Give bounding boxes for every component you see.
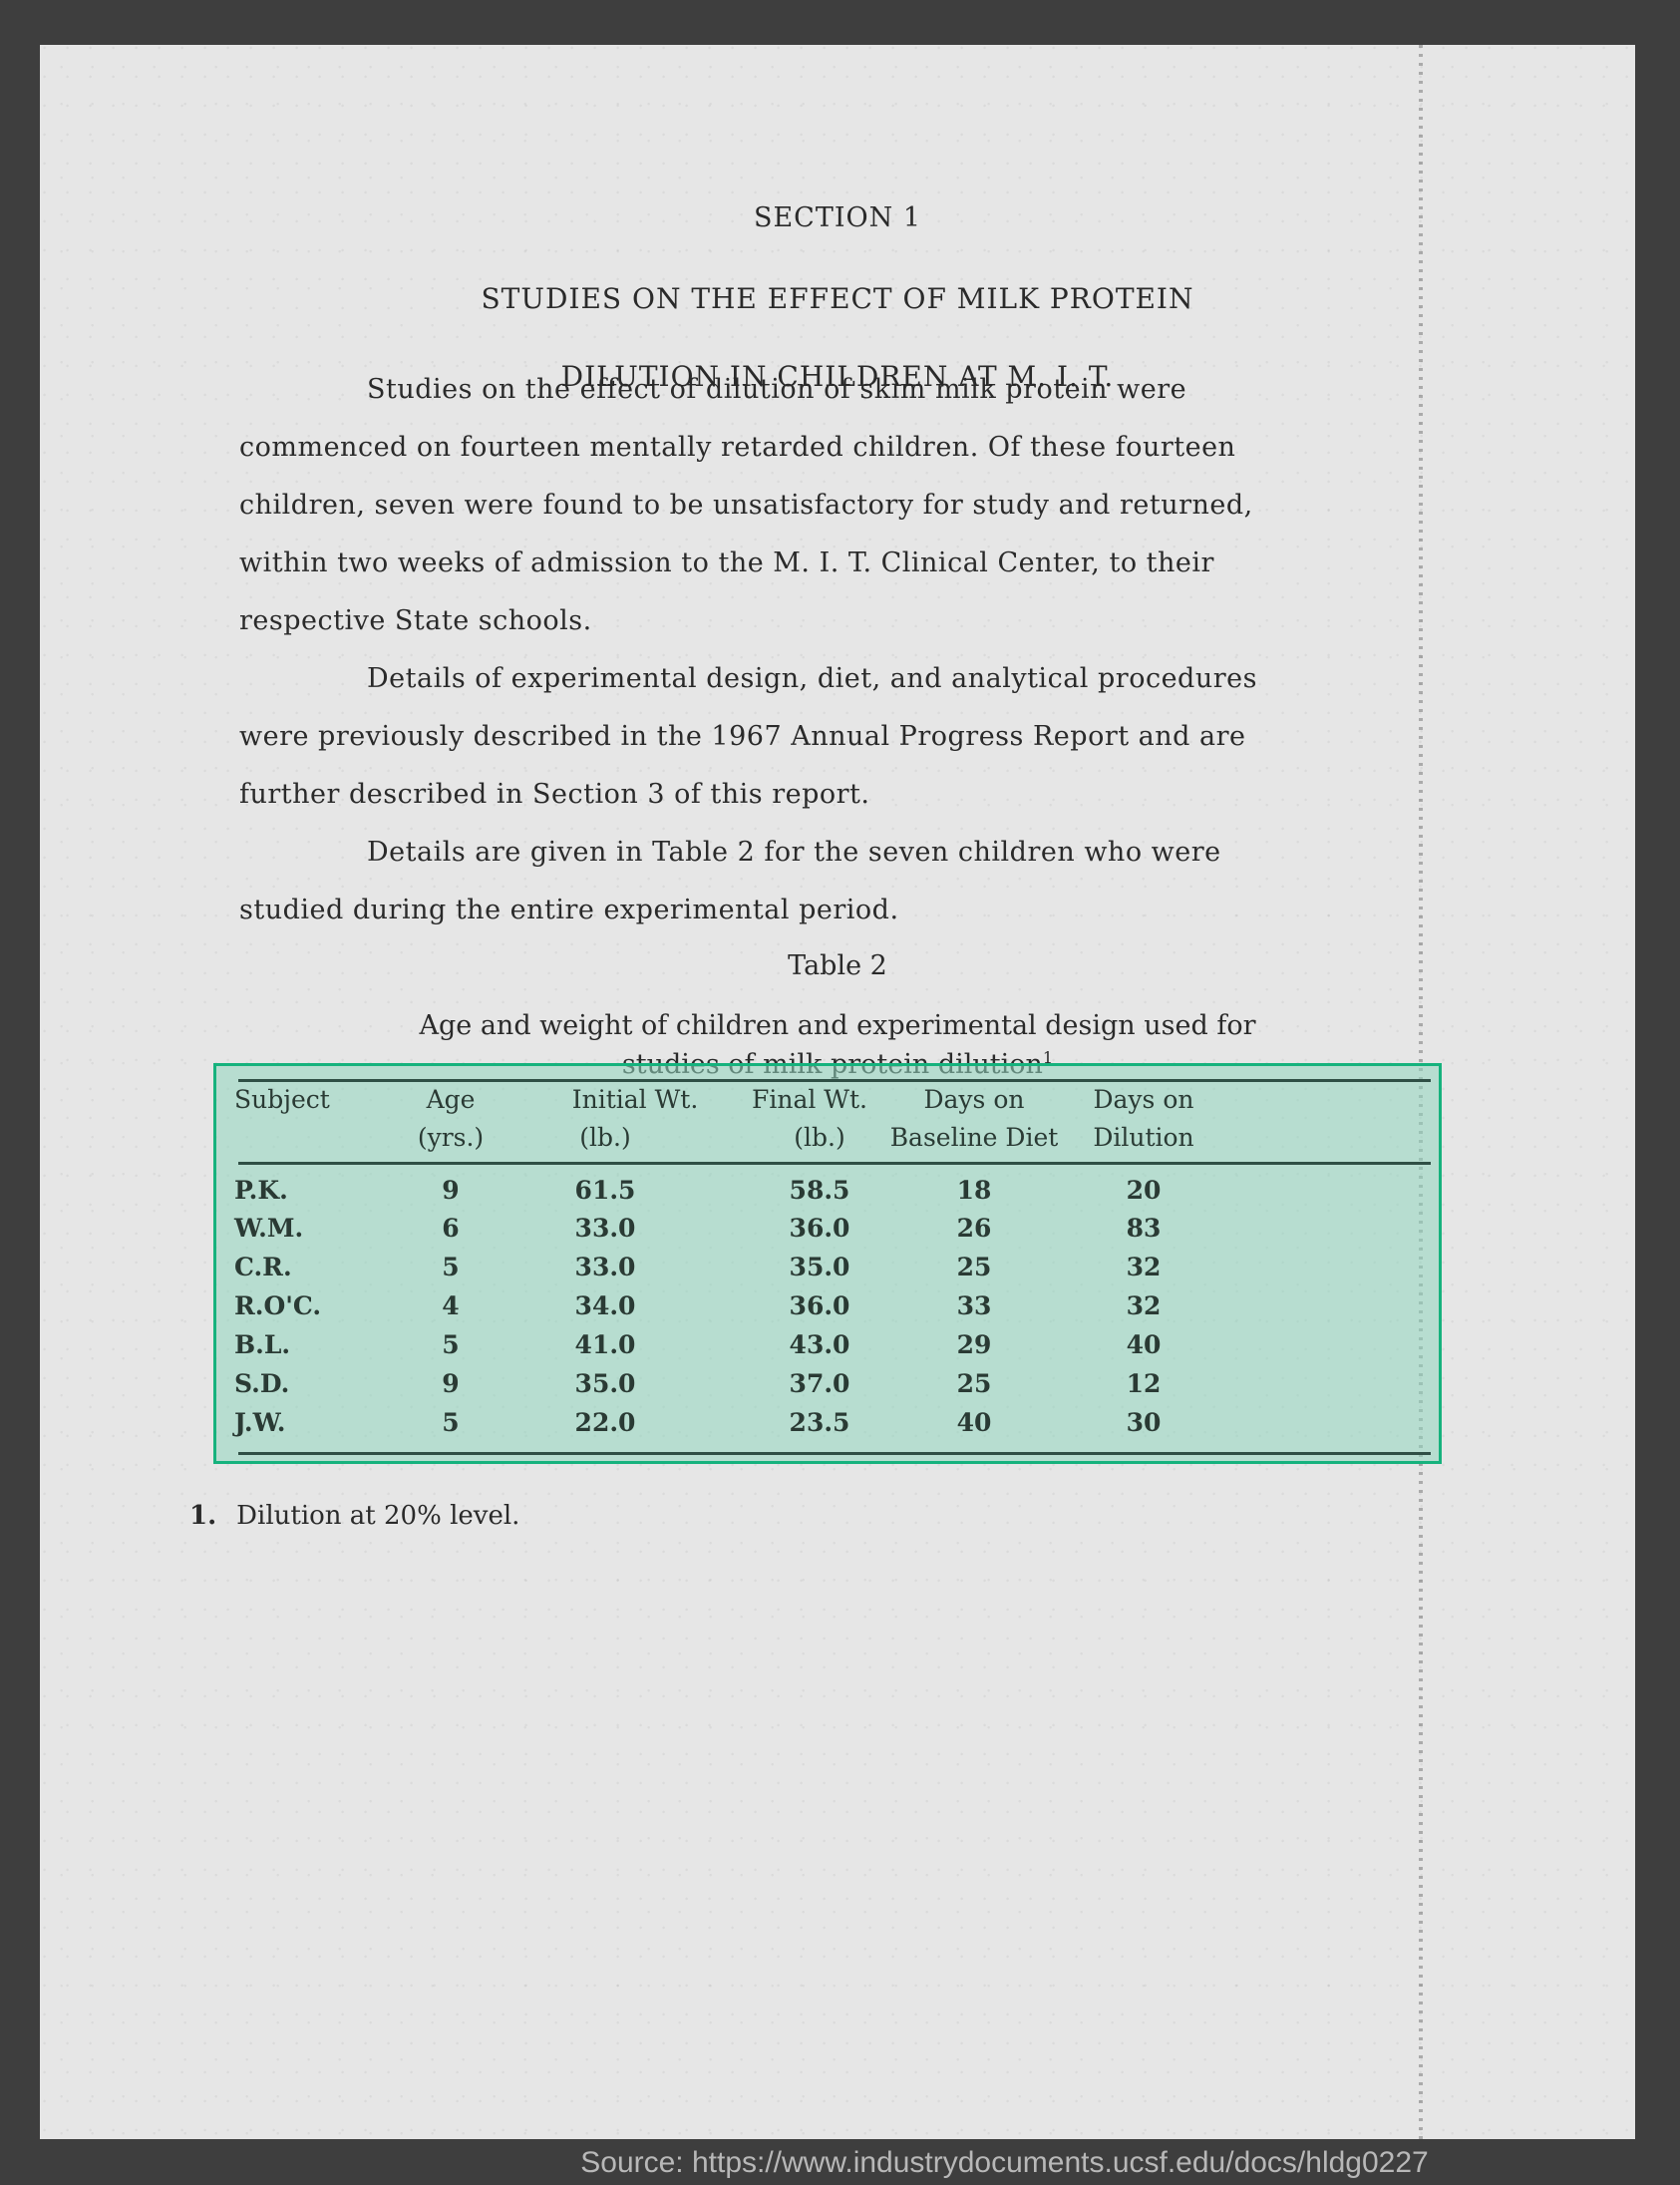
cell-subject: S.D. [234, 1369, 354, 1398]
cell-days-baseline: 40 [914, 1408, 1034, 1437]
cell-subject: B.L. [234, 1330, 354, 1359]
cell-age: 6 [391, 1214, 510, 1243]
table-bottom-rule [238, 1452, 1431, 1455]
cell-days-dilution: 40 [1084, 1330, 1203, 1359]
table-highlight-box: Subject Age (yrs.) Initial Wt. (lb.) Fin… [213, 1063, 1442, 1464]
cell-subject: R.O'C. [234, 1291, 354, 1320]
title-line-1: STUDIES ON THE EFFECT OF MILK PROTEIN [40, 282, 1635, 315]
document-page: SECTION 1 STUDIES ON THE EFFECT OF MILK … [40, 45, 1635, 2139]
cell-days-dilution: 32 [1084, 1253, 1203, 1281]
table-header-rule [238, 1162, 1431, 1165]
cell-initial-wt: 61.5 [545, 1176, 665, 1205]
footnote-text: Dilution at 20% level. [236, 1501, 519, 1531]
header-initial-wt: Initial Wt. [535, 1080, 735, 1120]
cell-age: 5 [391, 1253, 510, 1281]
paragraph-1-line: Studies on the effect of dilution of ski… [367, 374, 1186, 405]
footnote-number: 1. [189, 1501, 216, 1531]
cell-initial-wt: 22.0 [545, 1408, 665, 1437]
header-subject: Subject [234, 1080, 354, 1120]
cell-days-dilution: 32 [1084, 1291, 1203, 1320]
cell-initial-wt: 33.0 [545, 1253, 665, 1281]
paragraph-1-line: within two weeks of admission to the M. … [239, 547, 1214, 578]
cell-age: 4 [391, 1291, 510, 1320]
cell-final-wt: 36.0 [760, 1291, 879, 1320]
cell-days-dilution: 83 [1084, 1214, 1203, 1243]
cell-days-baseline: 25 [914, 1369, 1034, 1398]
paragraph-2-line: further described in Section 3 of this r… [239, 779, 870, 810]
cell-subject: J.W. [234, 1408, 354, 1437]
cell-age: 9 [391, 1369, 510, 1398]
cell-final-wt: 37.0 [760, 1369, 879, 1398]
cell-final-wt: 43.0 [760, 1330, 879, 1359]
header-days-baseline-sub: Baseline Diet [874, 1118, 1074, 1158]
cell-subject: C.R. [234, 1253, 354, 1281]
cell-subject: W.M. [234, 1214, 354, 1243]
paragraph-1-line: children, seven were found to be unsatis… [239, 490, 1253, 521]
cell-initial-wt: 41.0 [545, 1330, 665, 1359]
cell-days-dilution: 20 [1084, 1176, 1203, 1205]
cell-age: 5 [391, 1408, 510, 1437]
header-initial-wt-unit: (lb.) [535, 1118, 675, 1158]
cell-initial-wt: 34.0 [545, 1291, 665, 1320]
cell-initial-wt: 35.0 [545, 1369, 665, 1398]
cell-subject: P.K. [234, 1176, 354, 1205]
paragraph-3-line: studied during the entire experimental p… [239, 895, 899, 925]
cell-days-baseline: 26 [914, 1214, 1034, 1243]
cell-days-baseline: 33 [914, 1291, 1034, 1320]
header-age-unit: (yrs.) [391, 1118, 510, 1158]
cell-days-baseline: 25 [914, 1253, 1034, 1281]
table-footnote: 1.Dilution at 20% level. [189, 1501, 519, 1531]
paragraph-1-line: respective State schools. [239, 605, 592, 636]
cell-days-baseline: 29 [914, 1330, 1034, 1359]
cell-age: 9 [391, 1176, 510, 1205]
header-days-dilution: Days on [1054, 1080, 1233, 1120]
source-caption: Source: https://www.industrydocuments.uc… [0, 2140, 1680, 2185]
cell-final-wt: 23.5 [760, 1408, 879, 1437]
table-title: Table 2 [40, 950, 1635, 981]
cell-final-wt: 35.0 [760, 1253, 879, 1281]
cell-age: 5 [391, 1330, 510, 1359]
section-heading: SECTION 1 [40, 202, 1635, 233]
header-days-baseline: Days on [874, 1080, 1074, 1120]
cell-days-baseline: 18 [914, 1176, 1034, 1205]
header-final-wt-unit: (lb.) [760, 1118, 879, 1158]
cell-days-dilution: 30 [1084, 1408, 1203, 1437]
paragraph-1-line: commenced on fourteen mentally retarded … [239, 432, 1235, 463]
header-age: Age [391, 1080, 510, 1120]
cell-days-dilution: 12 [1084, 1369, 1203, 1398]
cell-final-wt: 58.5 [760, 1176, 879, 1205]
header-days-dilution-sub: Dilution [1054, 1118, 1233, 1158]
table-caption-line-1: Age and weight of children and experimen… [40, 1010, 1635, 1041]
cell-final-wt: 36.0 [760, 1214, 879, 1243]
paragraph-2-line: Details of experimental design, diet, an… [367, 663, 1257, 694]
paragraph-3-line: Details are given in Table 2 for the sev… [367, 837, 1221, 868]
cell-initial-wt: 33.0 [545, 1214, 665, 1243]
paragraph-2-line: were previously described in the 1967 An… [239, 721, 1246, 752]
